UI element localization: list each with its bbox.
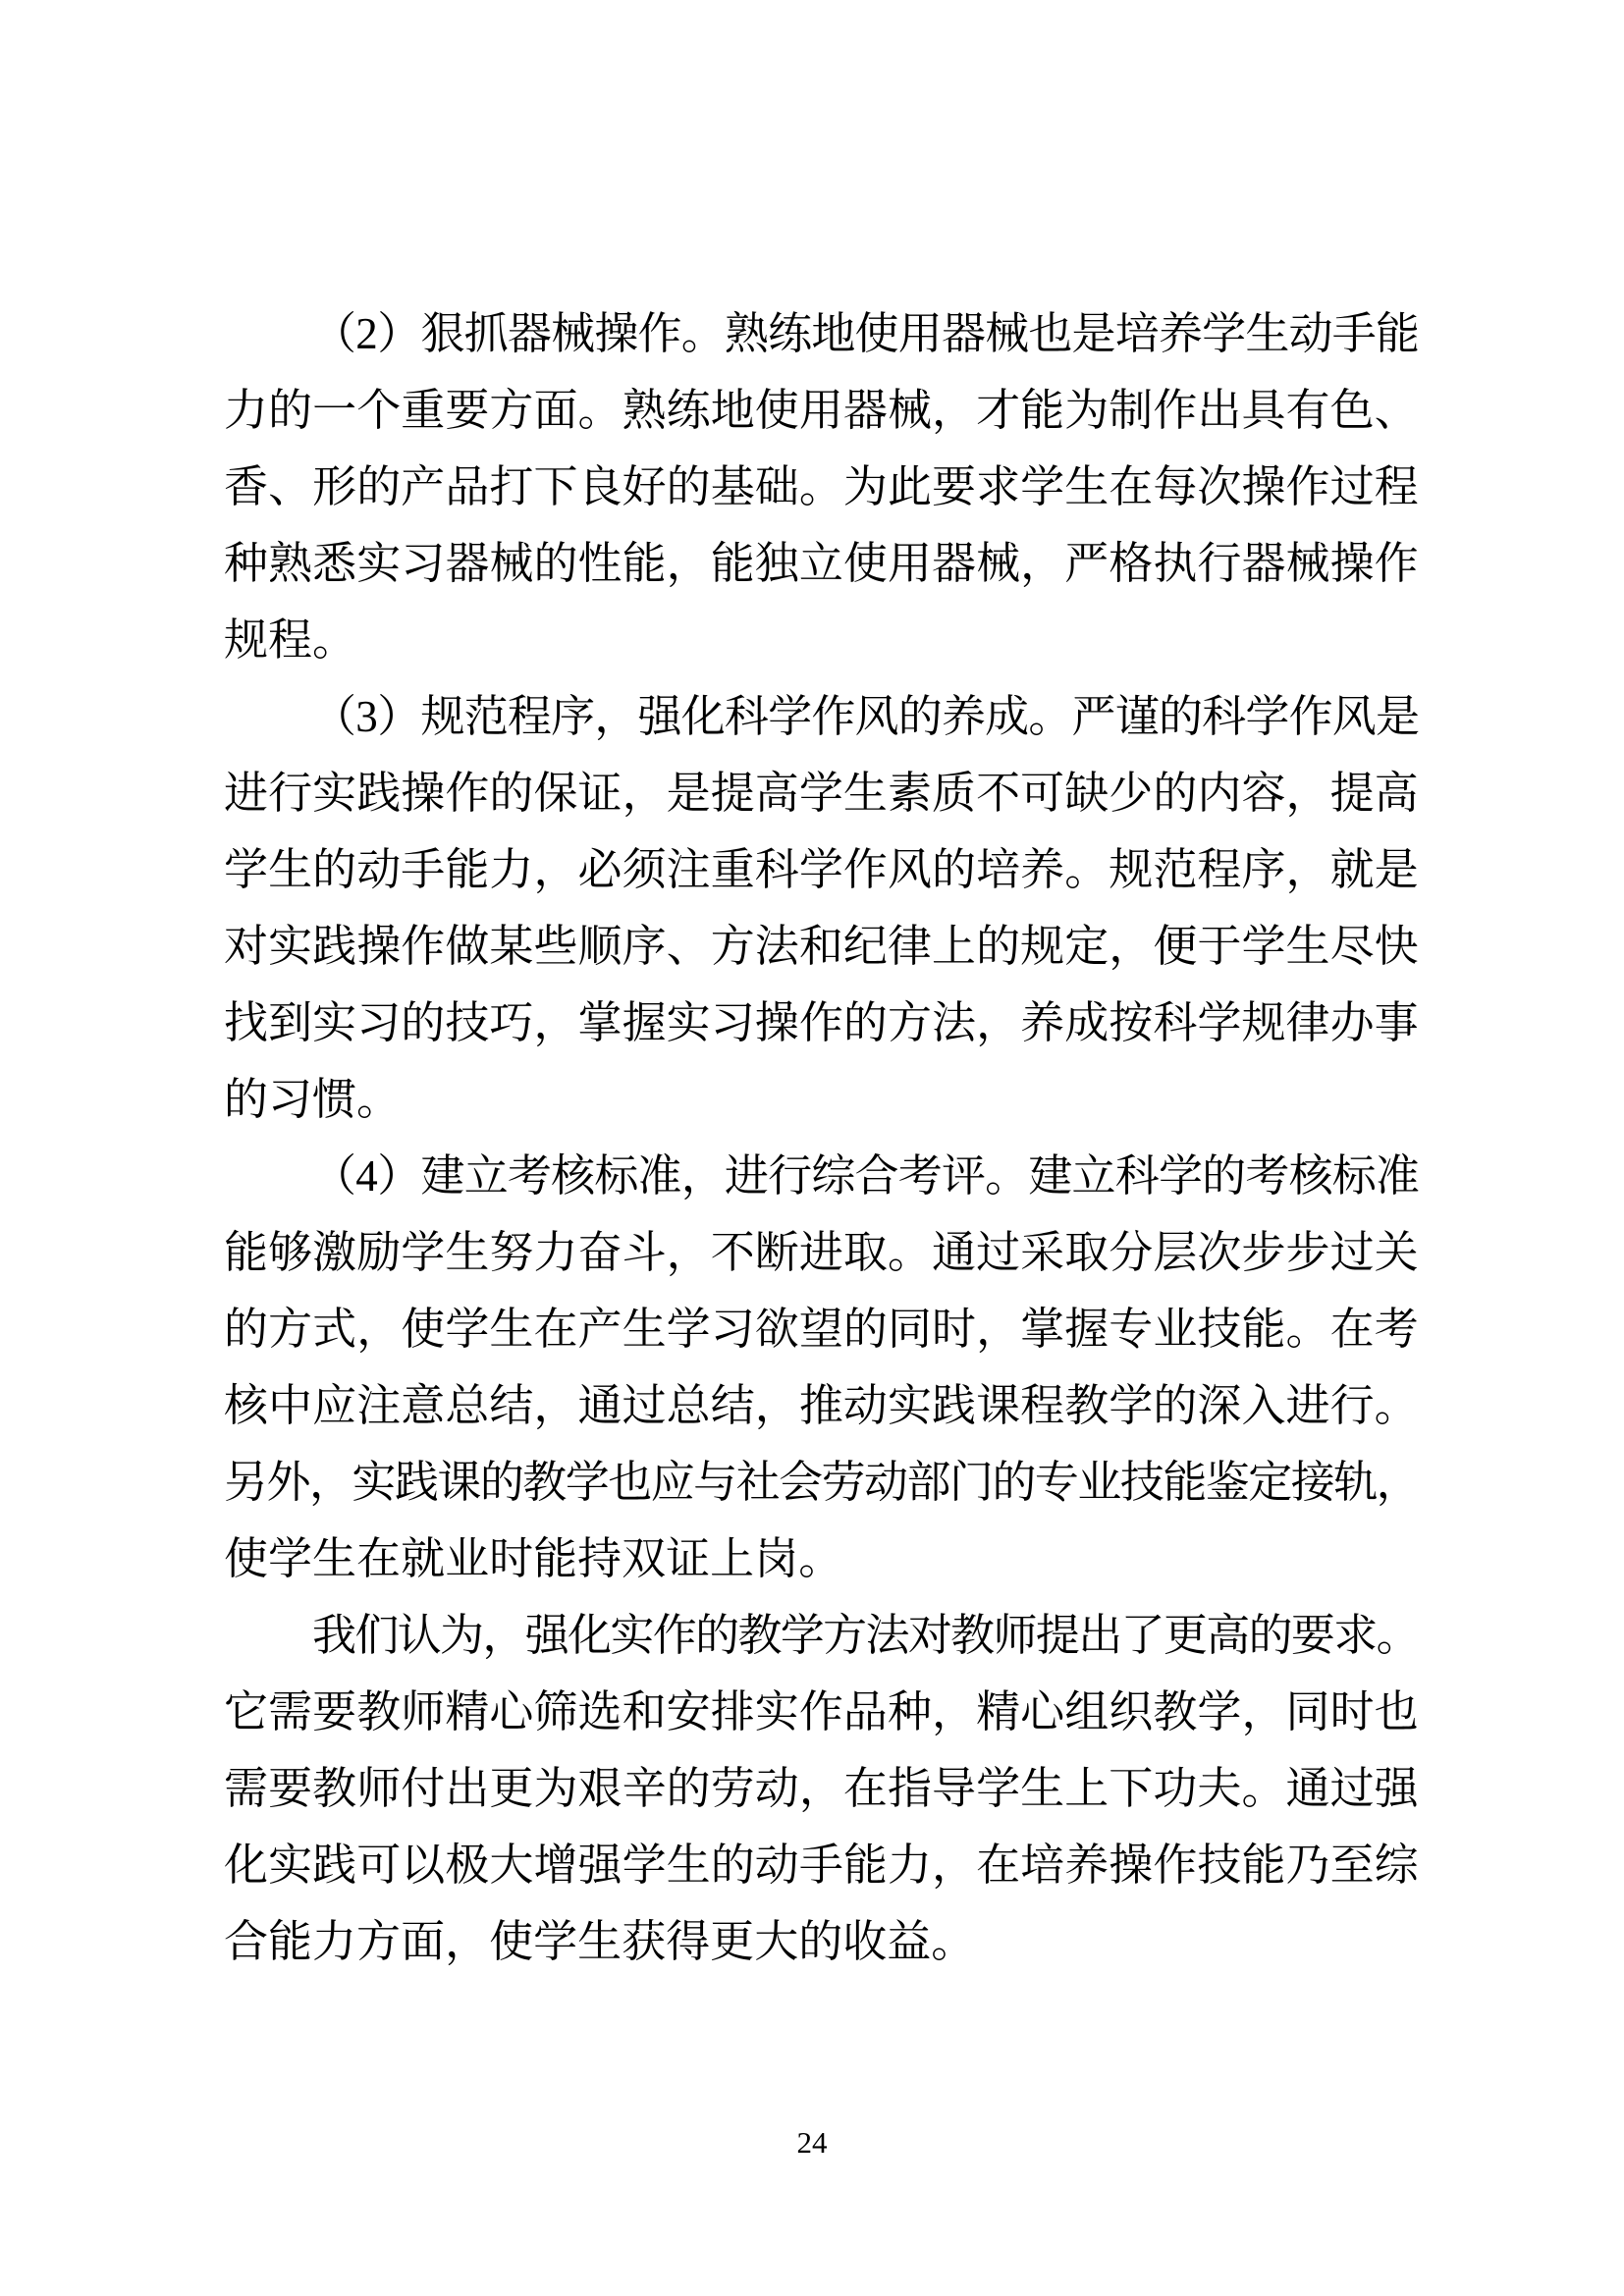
text-line: 找到实习的技巧，掌握实习操作的方法，养成按科学规律办事 (224, 985, 1419, 1061)
text-line: 香、形的产品打下良好的基础。为此要求学生在每次操作过程 (224, 449, 1419, 525)
text-line: 合能力方面，使学生获得更大的收益。 (224, 1903, 1419, 1980)
text-line: 它需要教师精心筛选和安排实作品种，精心组织教学，同时也 (224, 1674, 1419, 1750)
text-line: （2）狠抓器械操作。熟练地使用器械也是培养学生动手能 (224, 295, 1419, 372)
text-line: 化实践可以极大增强学生的动手能力，在培养操作技能乃至综 (224, 1827, 1419, 1903)
text-line: 核中应注意总结，通过总结，推动实践课程教学的深入进行。 (224, 1367, 1419, 1444)
text-line: 使学生在就业时能持双证上岗。 (224, 1521, 1419, 1597)
document-page: （2）狠抓器械操作。熟练地使用器械也是培养学生动手能 力的一个重要方面。熟练地使… (0, 0, 1624, 2296)
text-line: 种熟悉实习器械的性能，能独立使用器械，严格执行器械操作 (224, 525, 1419, 602)
text-line: 对实践操作做某些顺序、方法和纪律上的规定，便于学生尽快 (224, 908, 1419, 985)
text-line: 需要教师付出更为艰辛的劳动，在指导学生上下功夫。通过强 (224, 1750, 1419, 1827)
text-line: 能够激励学生努力奋斗，不断进取。通过采取分层次步步过关 (224, 1214, 1419, 1291)
text-line: 规程。 (224, 602, 1419, 678)
text-line: 的习惯。 (224, 1061, 1419, 1138)
text-line: （4）建立考核标准，进行综合考评。建立科学的考核标准 (224, 1138, 1419, 1214)
text-line: 学生的动手能力，必须注重科学作风的培养。规范程序，就是 (224, 831, 1419, 908)
page-number: 24 (0, 2123, 1624, 2163)
text-line: （3）规范程序，强化科学作风的养成。严谨的科学作风是 (224, 678, 1419, 755)
text-line: 进行实践操作的保证，是提高学生素质不可缺少的内容，提高 (224, 755, 1419, 831)
text-line: 另外，实践课的教学也应与社会劳动部门的专业技能鉴定接轨， (224, 1444, 1419, 1521)
text-line: 的方式，使学生在产生学习欲望的同时，掌握专业技能。在考 (224, 1291, 1419, 1367)
text-line: 我们认为，强化实作的教学方法对教师提出了更高的要求。 (224, 1597, 1419, 1674)
page-body-text: （2）狠抓器械操作。熟练地使用器械也是培养学生动手能 力的一个重要方面。熟练地使… (224, 295, 1419, 1980)
text-line: 力的一个重要方面。熟练地使用器械，才能为制作出具有色、 (224, 372, 1419, 449)
